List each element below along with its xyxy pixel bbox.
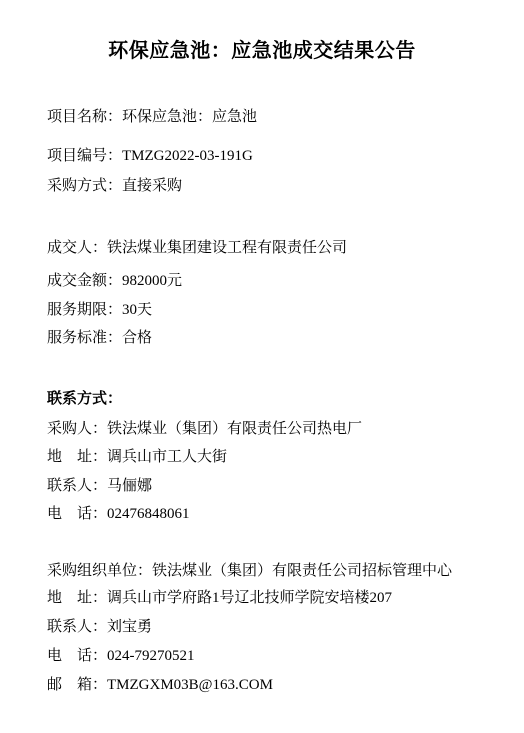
service-period-value: 30天 (122, 302, 152, 318)
service-standard-row: 服务标准：合格 (47, 330, 152, 347)
organizer-address-label: 地 址： (47, 590, 107, 606)
project-number-value: TMZG2022-03-191G (122, 148, 253, 164)
winner-label: 成交人： (47, 240, 107, 256)
service-period-label: 服务期限： (47, 302, 122, 318)
organizer-unit-value: 铁法煤业（集团）有限责任公司招标管理中心 (152, 563, 452, 579)
project-name-row: 项目名称：环保应急池：应急池 (47, 109, 257, 126)
project-name-value: 环保应急池：应急池 (122, 109, 257, 125)
purchaser-row: 采购人：铁法煤业（集团）有限责任公司热电厂 (47, 421, 362, 438)
organizer-email-row: 邮 箱：TMZGXM03B@163.COM (47, 677, 273, 694)
organizer-email-label: 邮 箱： (47, 677, 107, 693)
purchaser-contact-person-value: 马俪娜 (107, 478, 152, 494)
announcement-document: 环保应急池：应急池成交结果公告 项目名称：环保应急池：应急池 项目编号：TMZG… (0, 0, 524, 733)
organizer-email-value: TMZGXM03B@163.COM (107, 677, 273, 693)
purchaser-phone-value: 02476848061 (107, 506, 190, 522)
purchaser-phone-row: 电 话：02476848061 (47, 506, 190, 523)
organizer-unit-label: 采购组织单位： (47, 563, 152, 579)
page-title: 环保应急池：应急池成交结果公告 (0, 40, 524, 62)
organizer-address-value: 调兵山市学府路1号辽北技师学院安培楼207 (107, 590, 392, 606)
purchase-method-row: 采购方式：直接采购 (47, 178, 182, 195)
amount-value: 982000元 (122, 273, 182, 289)
service-standard-label: 服务标准： (47, 330, 122, 346)
service-standard-value: 合格 (122, 330, 152, 346)
purchaser-phone-label: 电 话： (47, 506, 107, 522)
organizer-phone-row: 电 话：024-79270521 (47, 648, 195, 665)
organizer-phone-label: 电 话： (47, 648, 107, 664)
organizer-address-row: 地 址：调兵山市学府路1号辽北技师学院安培楼207 (47, 590, 392, 607)
purchaser-value: 铁法煤业（集团）有限责任公司热电厂 (107, 421, 362, 437)
purchaser-contact-person-row: 联系人：马俪娜 (47, 478, 152, 495)
purchaser-label: 采购人： (47, 421, 107, 437)
amount-row: 成交金额：982000元 (47, 273, 182, 290)
service-period-row: 服务期限：30天 (47, 302, 152, 319)
amount-label: 成交金额： (47, 273, 122, 289)
winner-value: 铁法煤业集团建设工程有限责任公司 (107, 240, 347, 256)
project-number-row: 项目编号：TMZG2022-03-191G (47, 148, 253, 165)
contact-heading: 联系方式： (47, 391, 122, 408)
project-number-label: 项目编号： (47, 148, 122, 164)
purchaser-address-value: 调兵山市工人大街 (107, 449, 227, 465)
purchase-method-value: 直接采购 (122, 178, 182, 194)
organizer-unit-row: 采购组织单位：铁法煤业（集团）有限责任公司招标管理中心 (47, 563, 452, 580)
purchaser-address-row: 地 址：调兵山市工人大街 (47, 449, 227, 466)
organizer-contact-person-row: 联系人：刘宝勇 (47, 619, 152, 636)
purchaser-contact-person-label: 联系人： (47, 478, 107, 494)
organizer-phone-value: 024-79270521 (107, 648, 195, 664)
purchaser-address-label: 地 址： (47, 449, 107, 465)
project-name-label: 项目名称： (47, 109, 122, 125)
organizer-contact-person-label: 联系人： (47, 619, 107, 635)
organizer-contact-person-value: 刘宝勇 (107, 619, 152, 635)
winner-row: 成交人：铁法煤业集团建设工程有限责任公司 (47, 240, 347, 257)
purchase-method-label: 采购方式： (47, 178, 122, 194)
